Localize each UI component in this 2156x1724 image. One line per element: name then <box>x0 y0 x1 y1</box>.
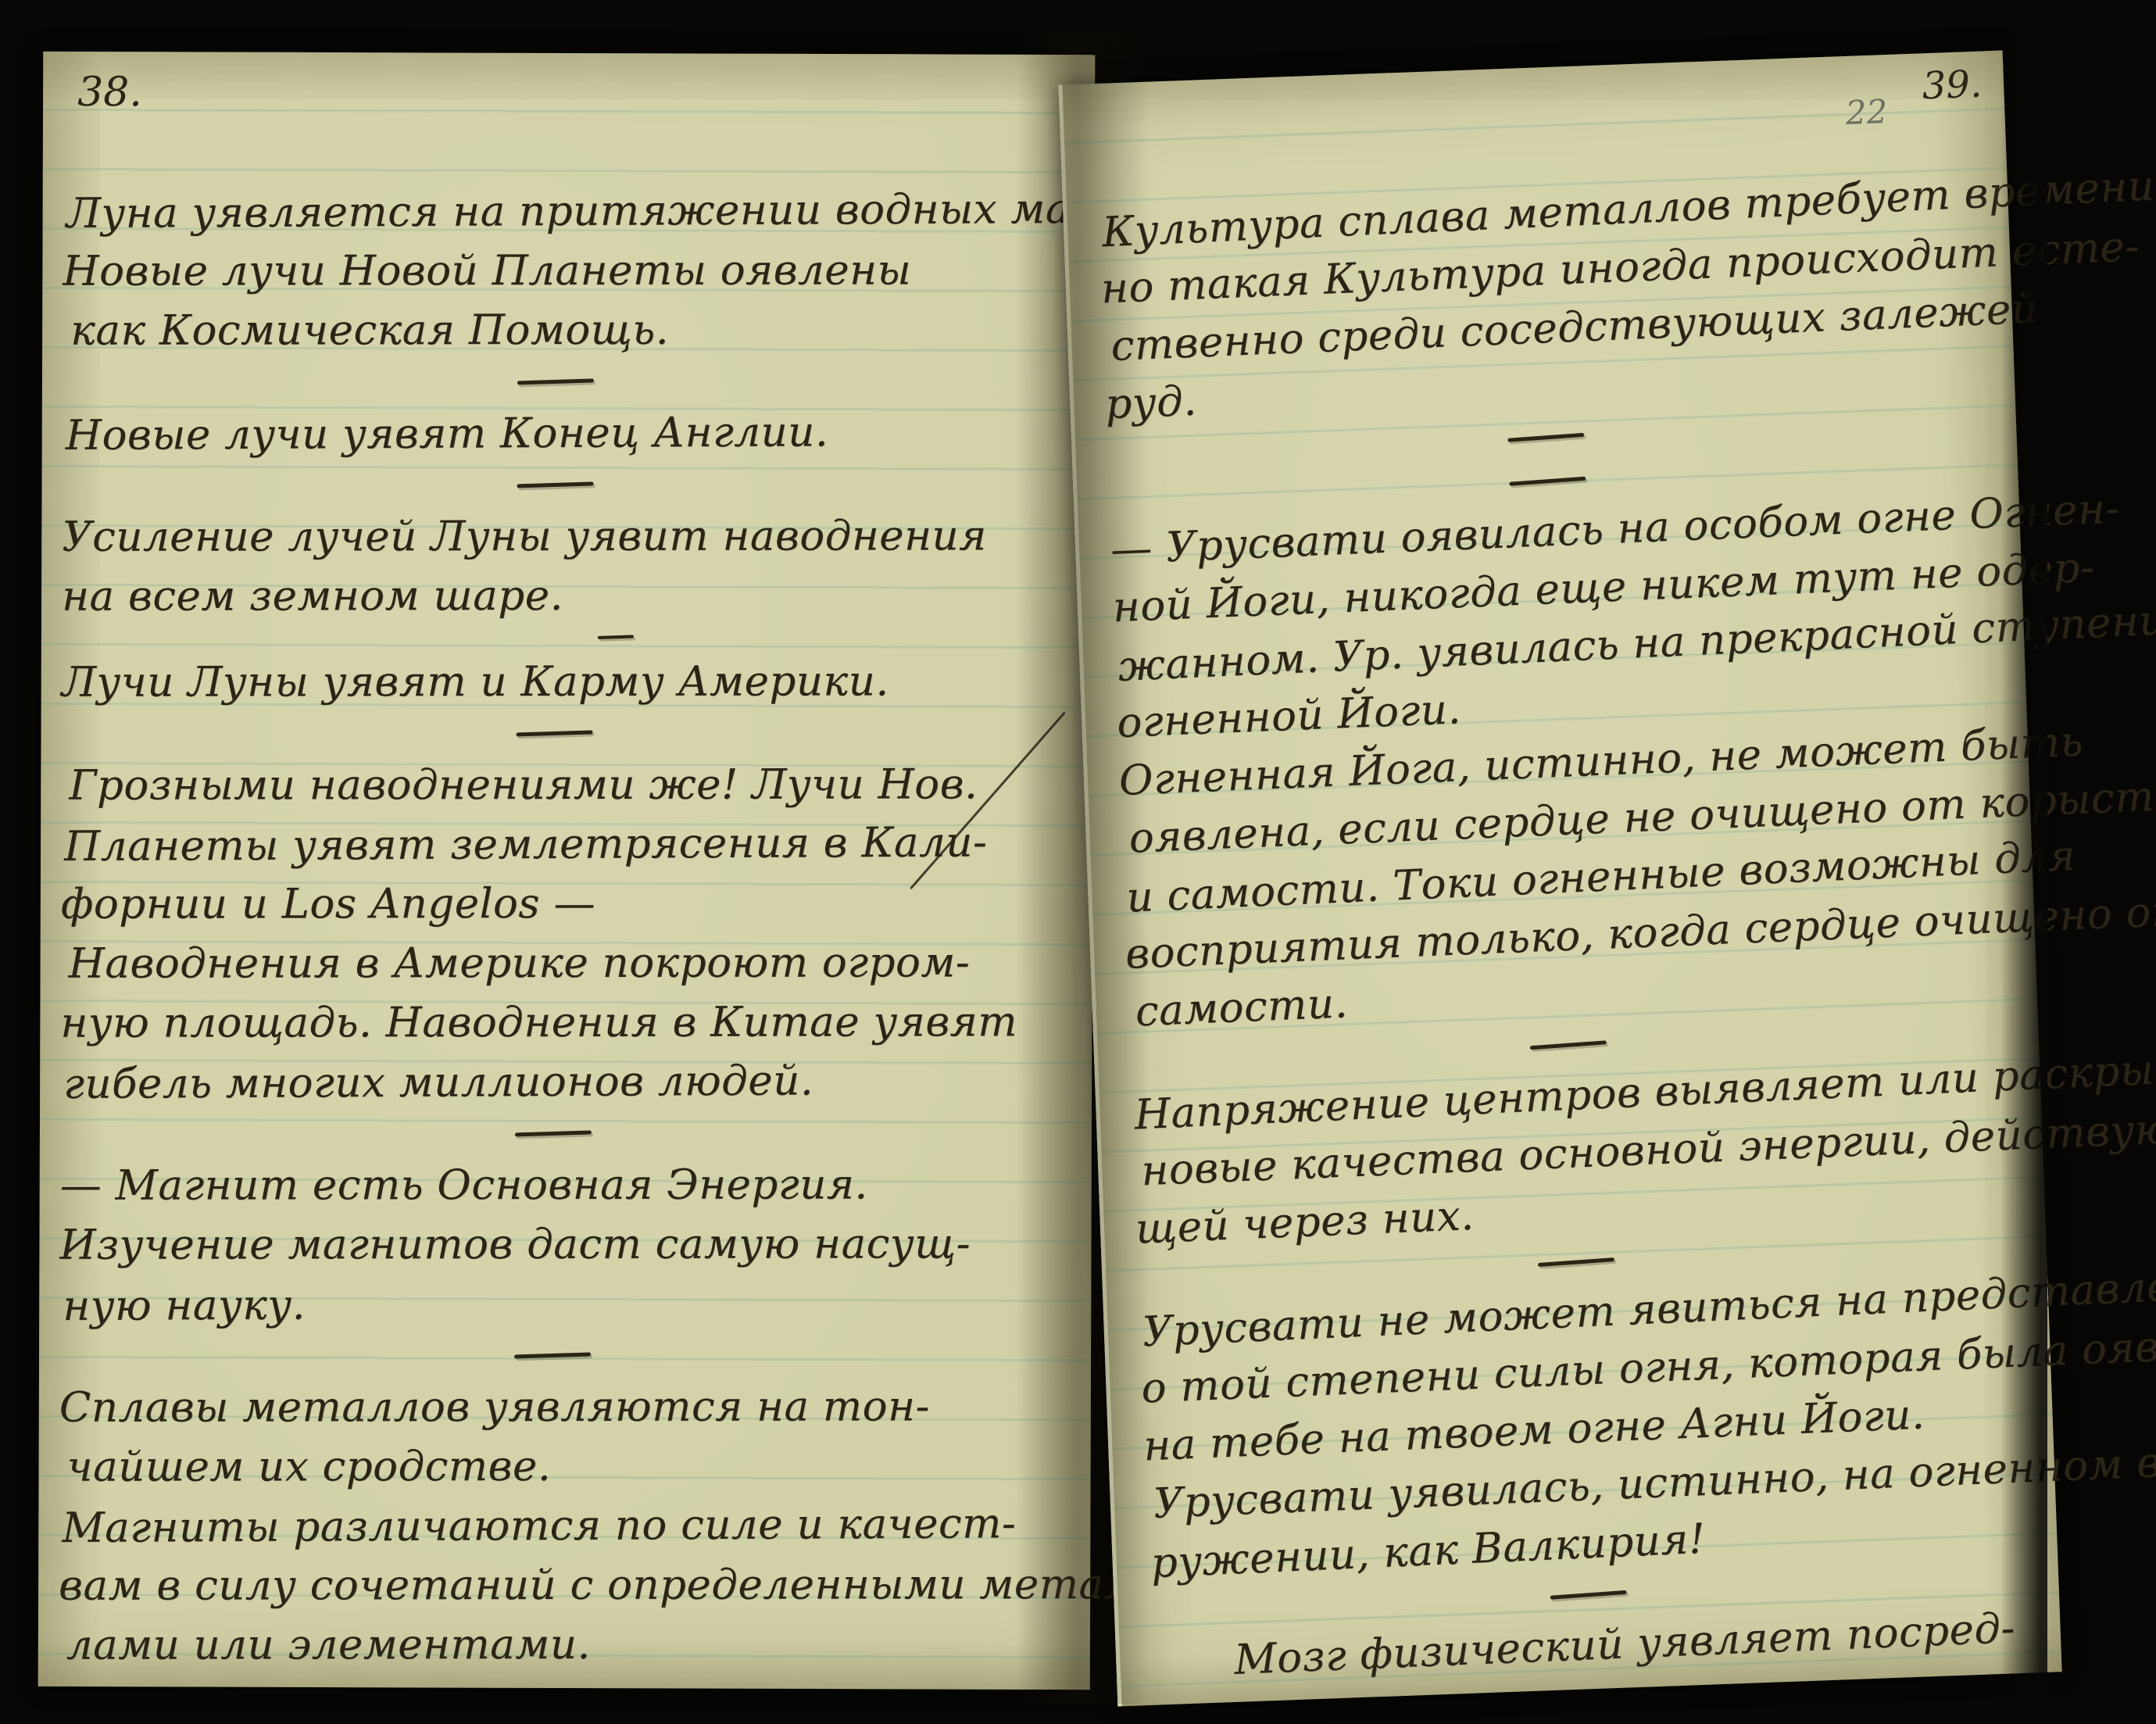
handwritten-line: форнии и Los Angelos — <box>61 874 1072 935</box>
handwritten-line: Лучи Луны уявят и Карму Америки. <box>62 652 1073 713</box>
paragraph-divider-mark <box>61 710 1072 757</box>
handwritten-line: Магниты различаются по силе и качест- <box>62 1494 1070 1558</box>
handwritten-line: гибель многих миллионов людей. <box>63 1050 1071 1114</box>
paragraph-divider-mark <box>60 1111 1071 1157</box>
manuscript-scan: 38. Луна уявляется на притяжении водных … <box>0 0 2156 1724</box>
paragraph-divider-mark <box>59 1332 1071 1379</box>
handwritten-line: ную науку. <box>63 1272 1071 1336</box>
handwritten-line: Луна уявляется на притяжении водных масс… <box>66 180 1074 244</box>
left-page: 38. Луна уявляется на притяжении водных … <box>38 52 1096 1690</box>
handwritten-line: лами или элементами. <box>66 1615 1070 1676</box>
handwritten-line: как Космическая Помощь. <box>70 300 1074 361</box>
handwritten-line: Сплавы металлов уявляются на тон- <box>59 1377 1071 1438</box>
paragraph-divider-mark <box>62 462 1073 509</box>
handwritten-line: Новые лучи Новой Планеты оявлены <box>63 241 1074 302</box>
left-page-text: Луна уявляется на притяжении водных масс… <box>38 52 1096 1690</box>
handwritten-line: Новые лучи уявят Конец Англии. <box>66 402 1074 466</box>
paragraph-divider-mark <box>62 624 1073 654</box>
right-page-text: Культура сплава металлов требует времени… <box>1062 51 2061 1707</box>
handwritten-line: ную площадь. Наводнения в Китае уявят <box>60 993 1071 1053</box>
handwritten-line: на всем земном шаре. <box>62 566 1073 627</box>
handwritten-line: чайшем их сродстве. <box>67 1436 1071 1497</box>
handwritten-line: Усиление лучей Луны уявит наводнения <box>62 506 1073 567</box>
right-page: 22 39. Культура сплава металлов требует … <box>1058 51 2061 1707</box>
handwritten-line: Грозными наводнениями же! Лучи Нов. <box>69 755 1072 816</box>
handwritten-line: вам в силу сочетаний с определенными мет… <box>59 1555 1070 1616</box>
handwritten-line: Наводнения в Америке покроют огром- <box>69 933 1072 994</box>
handwritten-line: Изучение магнитов даст самую насущ- <box>59 1214 1071 1275</box>
handwritten-line: — Магнит есть Основная Энергия. <box>60 1155 1071 1216</box>
handwritten-line: Планеты уявят землетрясения в Кали- <box>64 813 1072 877</box>
paragraph-divider-mark <box>63 359 1074 406</box>
